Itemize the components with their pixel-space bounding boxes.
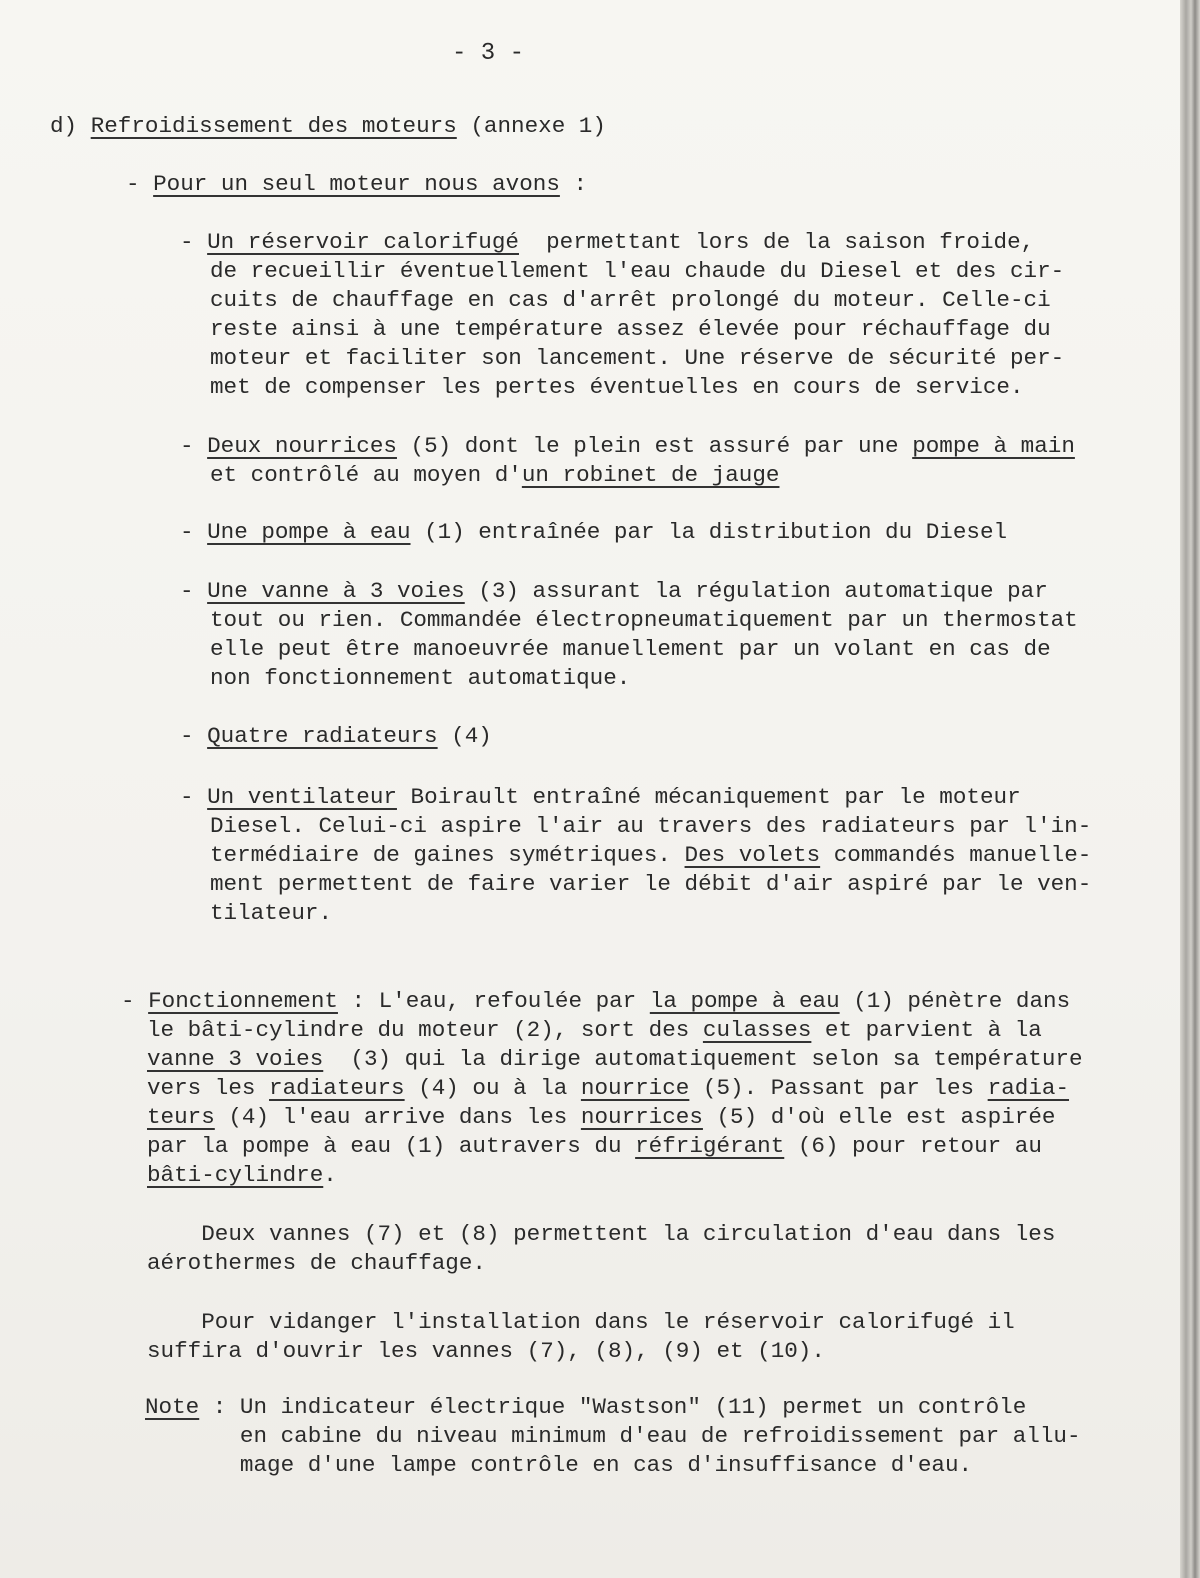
paragraph-line: Deux vannes (7) et (8) permettent la cir… xyxy=(147,1220,1055,1249)
paragraph-line: teurs (4) l'eau arrive dans les nourrice… xyxy=(147,1103,1055,1132)
paragraph-line: le bâti-cylindre du moteur (2), sort des… xyxy=(147,1016,1042,1045)
list-item: - Une pompe à eau (1) entraînée par la d… xyxy=(180,518,1007,547)
list-item-continuation: tout ou rien. Commandée électropneumatiq… xyxy=(210,606,1078,635)
page-number: - 3 - xyxy=(452,40,524,67)
paragraph-line: bâti-cylindre. xyxy=(147,1161,337,1190)
note-label: Note xyxy=(145,1394,199,1420)
section-label: d) xyxy=(50,113,77,139)
section-heading: d) Refroidissement des moteurs (annexe 1… xyxy=(50,112,606,141)
list-item-continuation: elle peut être manoeuvrée manuellement p… xyxy=(210,635,1051,664)
list-item-continuation: Diesel. Celui-ci aspire l'air au travers… xyxy=(210,812,1091,841)
list-item-continuation: met de compenser les pertes éventuelles … xyxy=(210,373,1024,402)
note-line: Note : Un indicateur électrique "Wastson… xyxy=(145,1393,1026,1422)
list-item-continuation: de recueillir éventuellement l'eau chaud… xyxy=(210,257,1064,286)
list-item-continuation: ment permettent de faire varier le débit… xyxy=(210,870,1091,899)
note-continuation: en cabine du niveau minimum d'eau de ref… xyxy=(145,1422,1081,1451)
list-item-continuation: cuits de chauffage en cas d'arrêt prolon… xyxy=(210,286,1051,315)
list-item-continuation: moteur et faciliter son lancement. Une r… xyxy=(210,344,1064,373)
paragraph-line: vanne 3 voies (3) qui la dirige automati… xyxy=(147,1045,1083,1074)
note-continuation: mage d'une lampe contrôle en cas d'insuf… xyxy=(145,1451,972,1480)
intro-line: - Pour un seul moteur nous avons : xyxy=(126,170,587,199)
section-annex: (annexe 1) xyxy=(470,113,606,139)
list-item: - Un réservoir calorifugé permettant lor… xyxy=(180,228,1034,257)
list-item-continuation: termédiaire de gaines symétriques. Des v… xyxy=(210,841,1091,870)
paragraph-line: par la pompe à eau (1) autravers du réfr… xyxy=(147,1132,1042,1161)
list-item: - Un ventilateur Boirault entraîné mécan… xyxy=(180,783,1021,812)
paragraph-line: Pour vidanger l'installation dans le rés… xyxy=(147,1308,1015,1337)
list-item-continuation: reste ainsi à une température assez élev… xyxy=(210,315,1051,344)
list-item-continuation: et contrôlé au moyen d'un robinet de jau… xyxy=(210,461,779,490)
list-item: - Une vanne à 3 voies (3) assurant la ré… xyxy=(180,577,1048,606)
list-item-continuation: non fonctionnement automatique. xyxy=(210,664,630,693)
list-item: - Deux nourrices (5) dont le plein est a… xyxy=(180,432,1075,461)
paragraph-line: - Fonctionnement : L'eau, refoulée par l… xyxy=(121,987,1070,1016)
paragraph-line: suffira d'ouvrir les vannes (7), (8), (9… xyxy=(147,1337,825,1366)
section-title: Refroidissement des moteurs xyxy=(91,113,457,139)
list-item: - Quatre radiateurs (4) xyxy=(180,722,492,751)
paragraph-line: vers les radiateurs (4) ou à la nourrice… xyxy=(147,1074,1069,1103)
list-item-continuation: tilateur. xyxy=(210,899,332,928)
intro-title: Pour un seul moteur nous avons xyxy=(153,171,560,197)
paragraph-line: aérothermes de chauffage. xyxy=(147,1249,486,1278)
page-binding-edge xyxy=(1180,0,1200,1578)
